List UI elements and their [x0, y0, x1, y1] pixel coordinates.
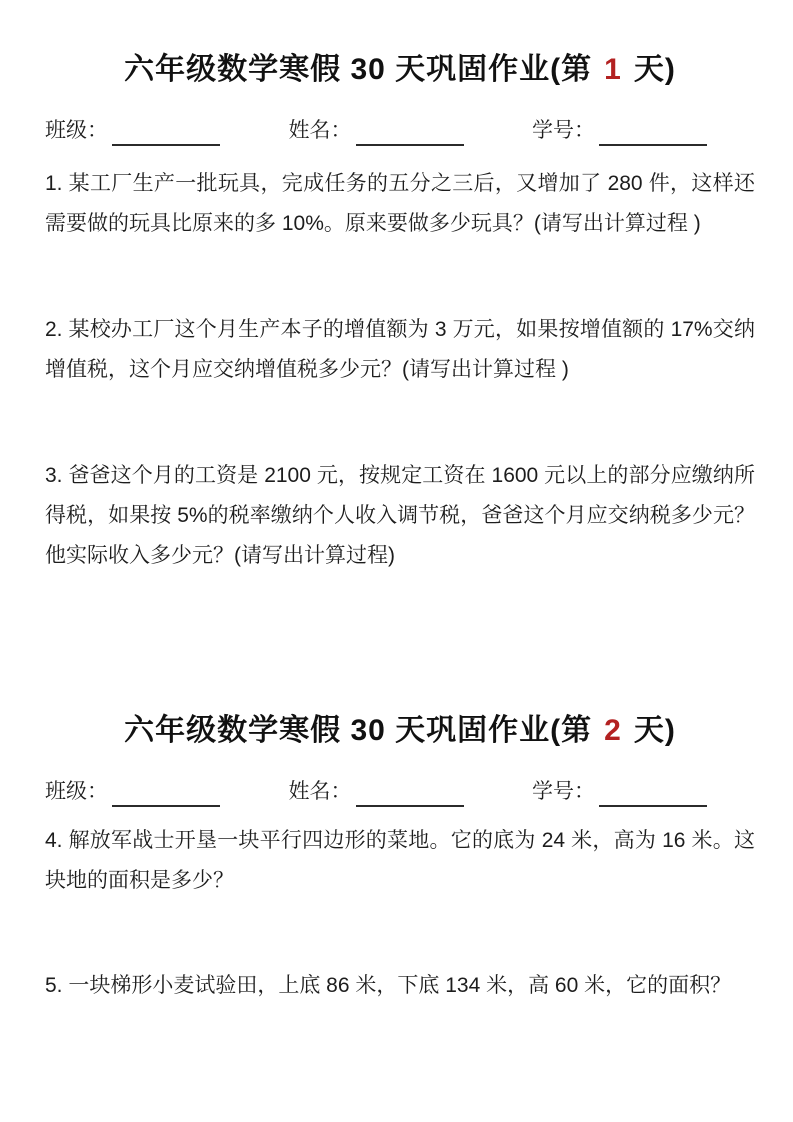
name-label: 姓名：	[289, 777, 352, 807]
student-id-blank	[599, 783, 707, 807]
student-id-field: 学号：	[532, 777, 707, 807]
name-blank	[356, 783, 464, 807]
class-label: 班级：	[45, 116, 108, 146]
worksheet-page: 六年级数学寒假 30 天巩固作业(第1天) 班级： 姓名： 学号： 1. 某工厂…	[0, 0, 793, 1122]
student-id-blank	[599, 122, 707, 146]
question-3: 3. 爸爸这个月的工资是 2100 元，按规定工资在 1600 元以上的部分应缴…	[45, 456, 755, 576]
section-title-suffix: 天)	[634, 53, 676, 86]
class-field: 班级：	[45, 777, 220, 807]
question-1: 1. 某工厂生产一批玩具，完成任务的五分之三后，又增加了 280 件，这样还需要…	[45, 164, 755, 244]
worksheet-section-day2: 六年级数学寒假 30 天巩固作业(第2天) 班级： 姓名： 学号： 4. 解放军…	[45, 711, 755, 1006]
student-id-label: 学号：	[532, 777, 595, 807]
section-title: 六年级数学寒假 30 天巩固作业(第1天)	[45, 50, 755, 90]
name-label: 姓名：	[289, 116, 352, 146]
student-id-field: 学号：	[532, 116, 707, 146]
class-field: 班级：	[45, 116, 220, 146]
day-number: 1	[604, 50, 622, 90]
question-4: 4. 解放军战士开垦一块平行四边形的菜地。它的底为 24 米，高为 16 米。这…	[45, 821, 755, 901]
class-blank	[112, 122, 220, 146]
section-title-prefix: 六年级数学寒假 30 天巩固作业(第	[124, 53, 592, 86]
worksheet-section-day1: 六年级数学寒假 30 天巩固作业(第1天) 班级： 姓名： 学号： 1. 某工厂…	[45, 50, 755, 576]
student-info-row: 班级： 姓名： 学号：	[45, 777, 707, 807]
class-label: 班级：	[45, 777, 108, 807]
section-title-prefix: 六年级数学寒假 30 天巩固作业(第	[124, 714, 592, 747]
question-5: 5. 一块梯形小麦试验田，上底 86 米，下底 134 米，高 60 米，它的面…	[45, 966, 755, 1006]
class-blank	[112, 783, 220, 807]
student-id-label: 学号：	[532, 116, 595, 146]
name-blank	[356, 122, 464, 146]
day-number: 2	[604, 711, 622, 751]
section-title-suffix: 天)	[634, 714, 676, 747]
question-2: 2. 某校办工厂这个月生产本子的增值额为 3 万元，如果按增值额的 17%交纳增…	[45, 310, 755, 390]
name-field: 姓名：	[289, 777, 464, 807]
name-field: 姓名：	[289, 116, 464, 146]
student-info-row: 班级： 姓名： 学号：	[45, 116, 707, 146]
section-title: 六年级数学寒假 30 天巩固作业(第2天)	[45, 711, 755, 751]
